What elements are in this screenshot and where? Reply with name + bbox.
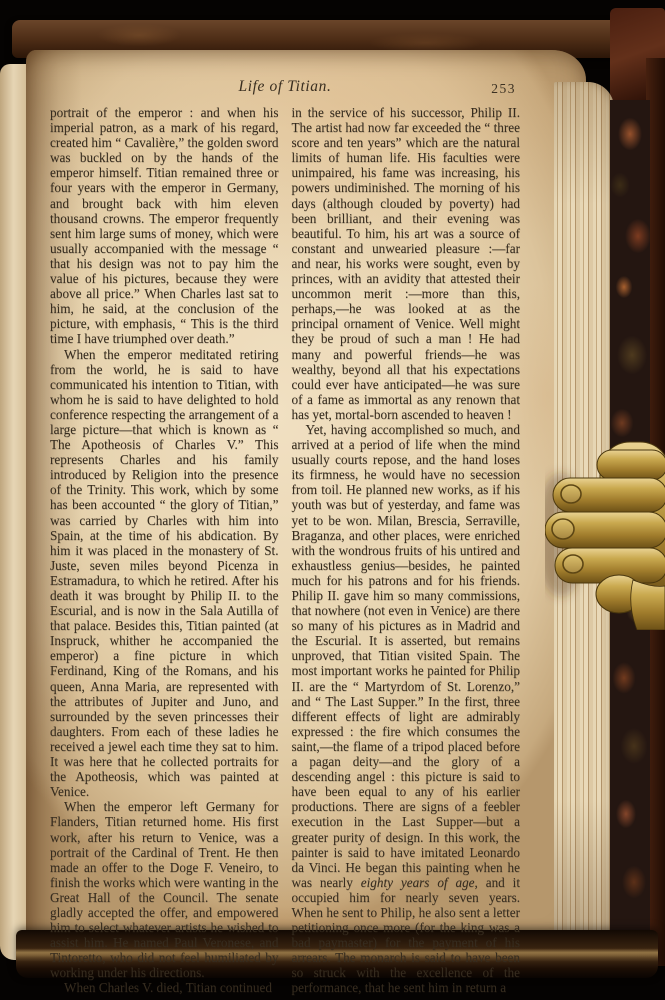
text-run: portrait of the emperor : and when his i… bbox=[50, 105, 279, 346]
text-run: Yet, having accomplished so much, and ar… bbox=[292, 422, 521, 890]
italic-phrase: eighty years of age bbox=[361, 875, 475, 890]
paragraph: Yet, having accomplished so much, and ar… bbox=[292, 422, 521, 996]
open-book-photo: Life of Titian. 253 portrait of the empe… bbox=[0, 0, 665, 1000]
brass-hand-clasp-icon bbox=[545, 430, 665, 630]
two-column-text: portrait of the emperor : and when his i… bbox=[50, 105, 520, 996]
fingernail bbox=[552, 519, 574, 539]
wrist bbox=[631, 580, 665, 630]
page-number: 253 bbox=[491, 81, 516, 97]
fingernail bbox=[561, 485, 581, 503]
text-run: When the emperor left Germany for Flande… bbox=[50, 799, 279, 980]
running-header: Life of Titian. 253 bbox=[50, 78, 520, 100]
paragraph: When the emperor meditated retiring from… bbox=[50, 347, 279, 800]
text-column-left: portrait of the emperor : and when his i… bbox=[50, 105, 279, 996]
text-column-right: in the service of his successor, Philip … bbox=[292, 105, 521, 996]
page-title: Life of Titian. bbox=[50, 78, 520, 96]
paragraph: When Charles V. died, Titian continued bbox=[50, 980, 279, 995]
finger-top bbox=[597, 450, 665, 480]
paragraph: When the emperor left Germany for Flande… bbox=[50, 799, 279, 980]
paragraph: in the service of his successor, Philip … bbox=[292, 105, 521, 422]
text-run: in the service of his successor, Philip … bbox=[292, 105, 521, 422]
text-run: , and it occupied him for nearly seven y… bbox=[292, 875, 521, 996]
fingernail bbox=[563, 555, 583, 573]
text-run: When the emperor meditated retiring from… bbox=[50, 347, 279, 800]
paragraph: portrait of the emperor : and when his i… bbox=[50, 105, 279, 347]
text-run: When Charles V. died, Titian continued bbox=[64, 980, 272, 995]
printed-page-text: Life of Titian. 253 portrait of the empe… bbox=[50, 78, 520, 996]
